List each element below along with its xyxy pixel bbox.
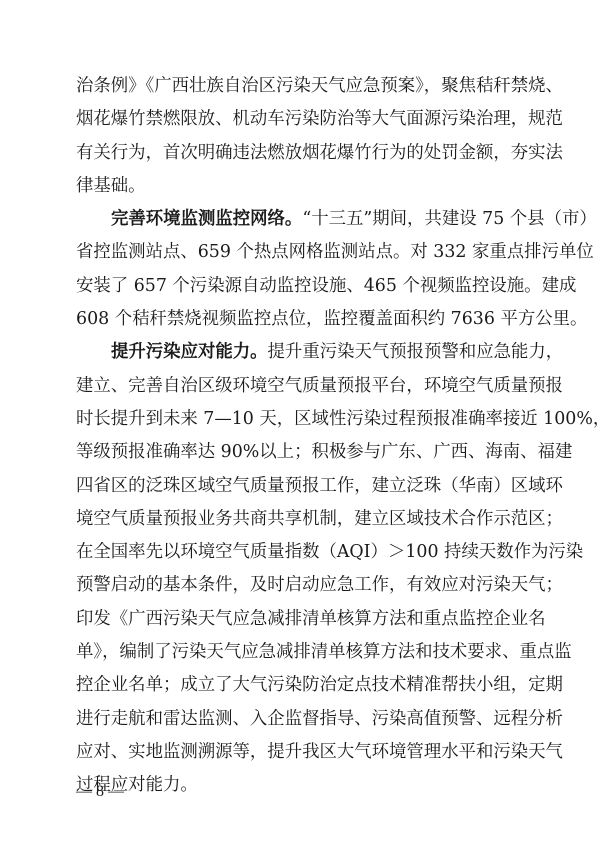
text-line: 省控监测站点、659 个热点网格监测站点。对 332 家重点排污单位 — [76, 236, 524, 269]
text-line: 印发《广西污染天气应急减排清单核算方法和重点监控企业名 — [76, 603, 524, 636]
text-line: 进行走航和雷达监测、入企监督指导、污染高值预警、远程分析 — [76, 703, 524, 736]
text-line: 控企业名单；成立了大气污染防治定点技术精准帮扶小组，定期 — [76, 669, 524, 702]
document-page: 治条例》《广西壮族自治区污染天气应急预案》，聚焦秸秆禁烧、 烟花爆竹禁燃限放、机… — [0, 0, 600, 848]
text-line: 时长提升到未来 7—10 天，区域性污染过程预报准确率接近 100%， — [76, 403, 524, 436]
text-line: 烟花爆竹禁燃限放、机动车污染防治等大气面源污染治理，规范 — [76, 103, 524, 136]
text-fragment: 提升重污染天气预报预警和应急能力， — [268, 342, 564, 362]
text-line: 应对、实地监测溯源等，提升我区大气环境管理水平和污染天气 — [76, 736, 524, 769]
paragraph-first-line: 提升污染应对能力。提升重污染天气预报预警和应急能力， — [76, 336, 524, 369]
paragraph-first-line: 完善环境监测监控网络。“十三五”期间，共建设 75 个县（市） — [76, 203, 524, 236]
body-text: 治条例》《广西壮族自治区污染天气应急预案》，聚焦秸秆禁烧、 烟花爆竹禁燃限放、机… — [76, 70, 524, 803]
page-number: — 8 — — [76, 783, 124, 801]
text-line: 过程应对能力。 — [76, 769, 524, 802]
text-line: 等级预报准确率达 90%以上；积极参与广东、广西、海南、福建 — [76, 436, 524, 469]
text-line: 预警启动的基本条件，及时启动应急工作，有效应对污染天气； — [76, 569, 524, 602]
text-fragment: “十三五”期间，共建设 75 个县（市） — [302, 209, 596, 229]
text-line: 四省区的泛珠区域空气质量预报工作，建立泛珠（华南）区域环 — [76, 470, 524, 503]
text-line: 安装了 657 个污染源自动监控设施、465 个视频监控设施。建成 — [76, 270, 524, 303]
text-line: 律基础。 — [76, 170, 524, 203]
text-line: 在全国率先以环境空气质量指数（AQI）＞100 持续天数作为污染 — [76, 536, 524, 569]
section-heading: 完善环境监测监控网络。 — [111, 209, 302, 229]
text-line: 境空气质量预报业务共商共享机制，建立区域技术合作示范区； — [76, 503, 524, 536]
text-line: 治条例》《广西壮族自治区污染天气应急预案》，聚焦秸秆禁烧、 — [76, 70, 524, 103]
text-line: 建立、完善自治区级环境空气质量预报平台，环境空气质量预报 — [76, 370, 524, 403]
text-line: 有关行为，首次明确违法燃放烟花爆竹行为的处罚金额，夯实法 — [76, 137, 524, 170]
text-line: 单》，编制了污染天气应急减排清单核算方法和技术要求、重点监 — [76, 636, 524, 669]
text-line: 608 个秸秆禁烧视频监控点位，监控覆盖面积约 7636 平方公里。 — [76, 303, 524, 336]
section-heading: 提升污染应对能力。 — [111, 342, 268, 362]
